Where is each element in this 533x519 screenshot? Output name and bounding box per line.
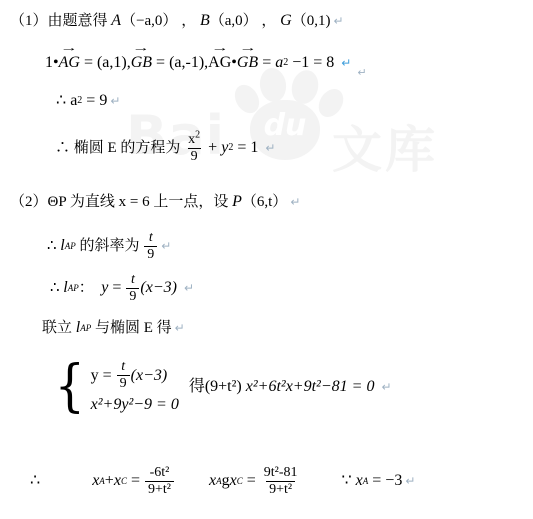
combine-text: 联立 xyxy=(42,319,76,338)
plus-sign: + xyxy=(105,471,114,491)
equals-sign: = xyxy=(127,471,144,491)
fraction-t-over-9: t 9 xyxy=(144,230,157,263)
system-equations-line: { y = t 9 (x−3) x²+9y²−9 = 0 得(9+t²) x²+… xyxy=(52,356,392,418)
fraction-denominator: 9+t² xyxy=(145,481,174,498)
because-symbol: ∵ xyxy=(341,471,355,491)
equals-value: = −3 xyxy=(368,471,402,491)
vector-dot-product-line: 1• →AG = (a,1), →GB = (a,-1), →AG • →GB … xyxy=(45,50,367,76)
system-row-1: y = t 9 (x−3) xyxy=(91,359,179,392)
point-p-label: P xyxy=(232,192,242,212)
point-b-label: B xyxy=(200,11,210,31)
line-ap-equation-line: ∴ l AP ： y = t 9 (x−3) ↵ xyxy=(50,268,194,308)
part2-label: （2） xyxy=(10,193,48,212)
vector-GB: →GB xyxy=(131,53,152,73)
equals-value: = 9 xyxy=(82,91,107,111)
paragraph-mark: ↵ xyxy=(110,94,120,109)
fraction-numerator: t xyxy=(146,230,156,246)
variable-x: x xyxy=(356,471,363,491)
paragraph-mark: ↵ xyxy=(357,66,366,80)
point-p-coords: （6,t） xyxy=(242,193,287,212)
coefficient: 1• xyxy=(45,53,59,73)
fraction-numerator: -6t² xyxy=(147,465,173,481)
paragraph-mark: ↵ xyxy=(184,281,194,296)
resulting-quadratic: x²+6t²x+9t²−81 = 0 xyxy=(242,377,379,397)
vector-arrow-icon: → xyxy=(60,44,78,53)
therefore-symbol: ∴ xyxy=(56,91,70,111)
variable-x: x xyxy=(114,471,121,491)
math-solution-document: Bai du 文库 （1） 由题意得 A （−a,0） ， B （a,0） ， … xyxy=(0,0,533,519)
vector-AG: →AG xyxy=(59,53,80,73)
product-of-roots: x A g x C = 9t²-81 9+t² xyxy=(209,465,302,498)
paragraph-mark: ↵ xyxy=(290,195,300,210)
separator-comma: ， xyxy=(181,12,200,31)
vector-AG-upright: →AG xyxy=(208,53,231,73)
fraction-denominator: 9 xyxy=(144,246,157,263)
part1-points-line: （1） 由题意得 A （−a,0） ， B （a,0） ， G （0,1) ↵ xyxy=(10,11,344,31)
colon: ： xyxy=(79,279,102,298)
point-g-coords: （0,1) xyxy=(292,12,331,31)
equals-sign: = xyxy=(258,53,275,73)
therefore-symbol: ∴ xyxy=(47,237,60,256)
vector-GB-letters: GB xyxy=(131,54,152,71)
sum-fraction: -6t² 9+t² xyxy=(145,465,174,498)
paragraph-mark: ↵ xyxy=(161,239,171,254)
fraction-denominator: 9 xyxy=(188,148,201,165)
paragraph-mark-blue: ↵ xyxy=(341,56,351,71)
vector-AG-letters: AG xyxy=(59,54,80,71)
paragraph-mark: ↵ xyxy=(265,141,275,156)
superscript-2: 2 xyxy=(195,129,200,140)
vector-arrow-icon: → xyxy=(133,44,151,53)
fraction-t-over-9: t 9 xyxy=(126,272,139,305)
fraction-numerator: x2 xyxy=(185,132,203,148)
vector-arrow-icon: → xyxy=(239,44,257,53)
product-fraction: 9t²-81 9+t² xyxy=(261,465,301,498)
part2-text: ΘP 为直线 x = 6 上一点，设 xyxy=(48,193,233,212)
part2-point-p-line: （2） ΘP 为直线 x = 6 上一点，设 P （6,t） ↵ xyxy=(10,192,300,212)
fraction-numerator: t xyxy=(128,272,138,288)
slope-line: ∴ l AP 的斜率为 t 9 ↵ xyxy=(47,226,171,266)
system-row-2: x²+9y²−9 = 0 xyxy=(91,395,179,415)
paragraph-mark: ↵ xyxy=(381,380,391,395)
therefore-symbol: ∴ xyxy=(50,279,63,298)
variable-y: y xyxy=(221,138,228,158)
equals-value: = 1 xyxy=(233,138,262,158)
therefore-symbol: ∴ xyxy=(30,471,40,491)
variable-y: y xyxy=(101,278,108,298)
equals-coords: = (a,1), xyxy=(80,53,131,73)
variable-x: x xyxy=(209,471,216,491)
fraction-t-over-9: t 9 xyxy=(117,359,130,392)
fraction-denominator: 9+t² xyxy=(266,481,295,498)
fraction-numerator: 9t²-81 xyxy=(261,465,301,481)
variable-x: x xyxy=(230,471,237,491)
point-a-label: A xyxy=(111,11,121,31)
paragraph-mark: ↵ xyxy=(333,14,343,29)
fraction-x2-over-9: x2 9 xyxy=(185,132,203,165)
equals-coords: = (a,-1), xyxy=(152,53,208,73)
x-minus-3-term: (x−3) xyxy=(131,366,168,386)
equals-sign: = xyxy=(108,278,125,298)
vector-arrow-icon: → xyxy=(211,44,229,53)
vector-AG-letters: AG xyxy=(208,54,231,71)
equation-tail: −1 = 8 xyxy=(288,53,338,73)
variable-a: a xyxy=(70,91,77,111)
paragraph-mark: ↵ xyxy=(175,321,185,336)
a-squared-result-line: ∴ a 2 = 9 ↵ xyxy=(56,91,120,111)
fraction-denominator: 9 xyxy=(126,288,139,305)
slope-text: 的斜率为 xyxy=(76,237,144,256)
vector-GB-2: →GB xyxy=(237,53,258,73)
times-glyph: g xyxy=(222,471,230,491)
vieta-results-line: ∴ x A + x C = -6t² 9+t² x A g x C = 9t²-… xyxy=(30,458,415,504)
row1-lhs: y = xyxy=(91,366,116,386)
part1-text: 由题意得 xyxy=(48,12,112,31)
point-b-coords: （a,0） xyxy=(210,12,262,31)
system-brace: { xyxy=(55,357,85,417)
point-a-coords: （−a,0） xyxy=(121,12,181,31)
therefore-text: ∴ 椭圆 E 的方程为 xyxy=(55,139,184,158)
part1-label: （1） xyxy=(10,12,48,31)
separator-comma: ， xyxy=(261,12,280,31)
vector-GB-letters: GB xyxy=(237,54,258,71)
paragraph-mark: ↵ xyxy=(405,474,415,489)
ellipse-equation-line: ∴ 椭圆 E 的方程为 x2 9 + y 2 = 1 ↵ xyxy=(55,127,275,169)
variable-a: a xyxy=(275,53,283,73)
fraction-numerator: t xyxy=(118,359,128,375)
with-ellipse-text: 与椭圆 E 得 xyxy=(91,319,171,338)
equation-system: y = t 9 (x−3) x²+9y²−9 = 0 xyxy=(91,359,179,415)
equals-sign: = xyxy=(243,471,260,491)
sum-of-roots: x A + x C = -6t² 9+t² xyxy=(92,465,175,498)
plus-sign: + xyxy=(204,138,221,158)
yields-text: 得(9+t²) xyxy=(189,377,242,397)
x-minus-3-term: (x−3) xyxy=(140,278,181,298)
fraction-denominator: 9 xyxy=(117,375,130,392)
point-g-label: G xyxy=(280,11,292,31)
known-root: ∵ x A = −3 ↵ xyxy=(341,471,415,491)
system-setup-line: 联立 l AP 与椭圆 E 得 ↵ xyxy=(42,318,185,338)
watermark-wenku-text: 文库 xyxy=(332,110,438,182)
